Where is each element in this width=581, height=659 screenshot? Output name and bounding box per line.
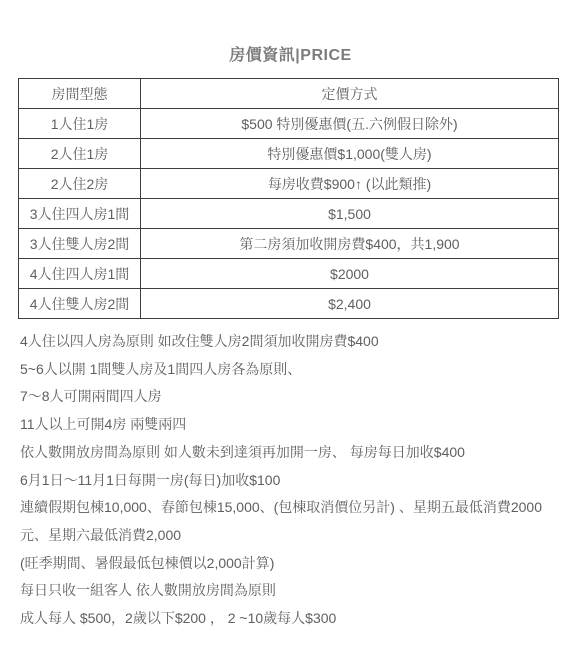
- note-line: 5~6人以開 1間雙人房及1間四人房各為原則、: [20, 356, 563, 384]
- price-cell: 第二房須加收開房費$400，共1,900: [141, 229, 559, 259]
- table-row: 4人住雙人房2間 $2,400: [19, 289, 559, 319]
- table-row: 3人住四人房1間 $1,500: [19, 199, 559, 229]
- table-row: 2人住1房 特別優惠價$1,000(雙人房): [19, 139, 559, 169]
- room-type-cell: 1人住1房: [19, 109, 141, 139]
- note-line: (旺季期間、暑假最低包棟價以2,000計算): [20, 550, 563, 578]
- note-line: 11人以上可開4房 兩雙兩四: [20, 411, 563, 439]
- note-line: 6月1日～11月1日每開一房(每日)加收$100: [20, 467, 563, 495]
- note-line: 連續假期包棟10,000、春節包棟15,000、(包棟取消價位另計) 、星期五最…: [20, 494, 563, 549]
- table-row: 1人住1房 $500 特別優惠價(五.六例假日除外): [19, 109, 559, 139]
- pricing-notes: 4人住以四人房為原則 如改住雙人房2間須加收開房費$400 5~6人以開 1間雙…: [20, 328, 563, 633]
- table-row: 3人住雙人房2間 第二房須加收開房費$400，共1,900: [19, 229, 559, 259]
- room-type-cell: 4人住四人房1間: [19, 259, 141, 289]
- note-line: 4人住以四人房為原則 如改住雙人房2間須加收開房費$400: [20, 328, 563, 356]
- room-type-cell: 3人住雙人房2間: [19, 229, 141, 259]
- column-header-pricing-method: 定價方式: [141, 79, 559, 109]
- room-type-cell: 2人住2房: [19, 169, 141, 199]
- price-cell: $1,500: [141, 199, 559, 229]
- note-line: 成人每人 $500，2歲以下$200 ， 2 ~10歲每人$300: [20, 605, 563, 633]
- table-row: 4人住四人房1間 $2000: [19, 259, 559, 289]
- room-type-cell: 2人住1房: [19, 139, 141, 169]
- note-line: 每日只收一組客人 依人數開放房間為原則: [20, 577, 563, 605]
- table-header-row: 房間型態 定價方式: [19, 79, 559, 109]
- price-cell: $2,400: [141, 289, 559, 319]
- room-type-cell: 4人住雙人房2間: [19, 289, 141, 319]
- note-line: 依人數開放房間為原則 如人數未到達須再加開一房、 每房每日加收$400: [20, 439, 563, 467]
- price-table: 房間型態 定價方式 1人住1房 $500 特別優惠價(五.六例假日除外) 2人住…: [18, 78, 559, 319]
- price-info-page: 房價資訊|PRICE 房間型態 定價方式 1人住1房 $500 特別優惠價(五.…: [0, 0, 581, 659]
- note-line: 7～8人可開兩間四人房: [20, 383, 563, 411]
- room-type-cell: 3人住四人房1間: [19, 199, 141, 229]
- price-cell: 每房收費$900↑ (以此類推): [141, 169, 559, 199]
- table-row: 2人住2房 每房收費$900↑ (以此類推): [19, 169, 559, 199]
- column-header-room-type: 房間型態: [19, 79, 141, 109]
- page-title: 房價資訊|PRICE: [0, 0, 581, 65]
- price-cell: $2000: [141, 259, 559, 289]
- price-cell: $500 特別優惠價(五.六例假日除外): [141, 109, 559, 139]
- price-cell: 特別優惠價$1,000(雙人房): [141, 139, 559, 169]
